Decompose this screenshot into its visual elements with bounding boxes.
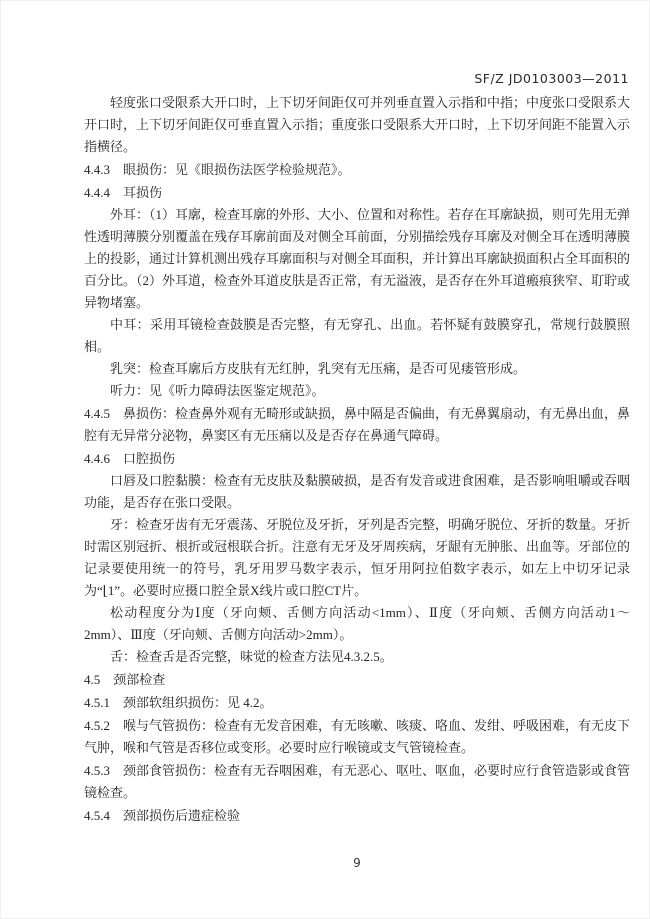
- section-4-5-1-neck-soft-tissue: 4.5.1 颈部软组织损伤：见 4.2。: [84, 692, 630, 714]
- section-4-4-3-eye-injury: 4.4.3 眼损伤：见《眼损伤法医学检验规范》。: [84, 159, 630, 181]
- document-number: SF/Z JD0103003—2011: [84, 71, 629, 86]
- document-page: SF/Z JD0103003—2011 轻度张口受限系大开口时，上下切牙间距仅可…: [0, 0, 650, 919]
- para-tongue: 舌：检查舌是否完整，味觉的检查方法见4.3.2.5。: [84, 646, 630, 668]
- section-4-5-4-neck-sequelae: 4.5.4 颈部损伤后遗症检验: [84, 805, 630, 827]
- para-lips-oral-mucosa: 口唇及口腔黏膜：检查有无皮肤及黏膜破损，是否有发音或进食困难，是否影响咀嚼或吞咽…: [84, 470, 630, 514]
- section-4-4-5-nose-injury: 4.4.5 鼻损伤：检查鼻外观有无畸形或缺损，鼻中隔是否偏曲，有无鼻翼扇动，有无…: [84, 403, 630, 447]
- para-tooth-mobility-grades: 松动程度分为Ⅰ度（牙向颊、舌侧方向活动<1mm）、Ⅱ度（牙向颊、舌侧方向活动1～…: [84, 602, 630, 646]
- para-middle-ear: 中耳：采用耳镜检查鼓膜是否完整，有无穿孔、出血。若怀疑有鼓膜穿孔，常规行鼓膜照相…: [84, 314, 630, 358]
- section-4-4-4-ear-injury: 4.4.4 耳损伤: [84, 182, 630, 204]
- para-mastoid: 乳突：检查耳廓后方皮肤有无红肿，乳突有无压痛，是否可见瘘管形成。: [84, 358, 630, 380]
- document-body: 轻度张口受限系大开口时，上下切牙间距仅可并列垂直置入示指和中指；中度张口受限系大…: [84, 92, 630, 827]
- section-4-5-3-cervical-esophagus: 4.5.3 颈部食管损伤：检查有无吞咽困难，有无恶心、呕吐、呕血，必要时应行食管…: [84, 760, 630, 804]
- para-hearing: 听力：见《听力障碍法医鉴定规范》。: [84, 380, 630, 402]
- section-4-5-2-larynx-trachea: 4.5.2 喉与气管损伤：检查有无发音困难，有无咳嗽、咳痰、咯血、发绀、呼吸困难…: [84, 715, 630, 759]
- para-teeth: 牙：检查牙齿有无牙震荡、牙脱位及牙折，牙列是否完整，明确牙脱位、牙折的数量。牙折…: [84, 514, 630, 602]
- page-number: 9: [84, 856, 630, 870]
- section-4-5-neck-exam: 4.5 颈部检查: [84, 669, 630, 691]
- section-4-4-6-oral-injury: 4.4.6 口腔损伤: [84, 448, 630, 470]
- para-mouth-opening-limits: 轻度张口受限系大开口时，上下切牙间距仅可并列垂直置入示指和中指；中度张口受限系大…: [84, 92, 630, 158]
- para-outer-ear: 外耳：（1）耳廓，检查耳廓的外形、大小、位置和对称性。若存在耳廓缺损，则可先用无…: [84, 204, 630, 314]
